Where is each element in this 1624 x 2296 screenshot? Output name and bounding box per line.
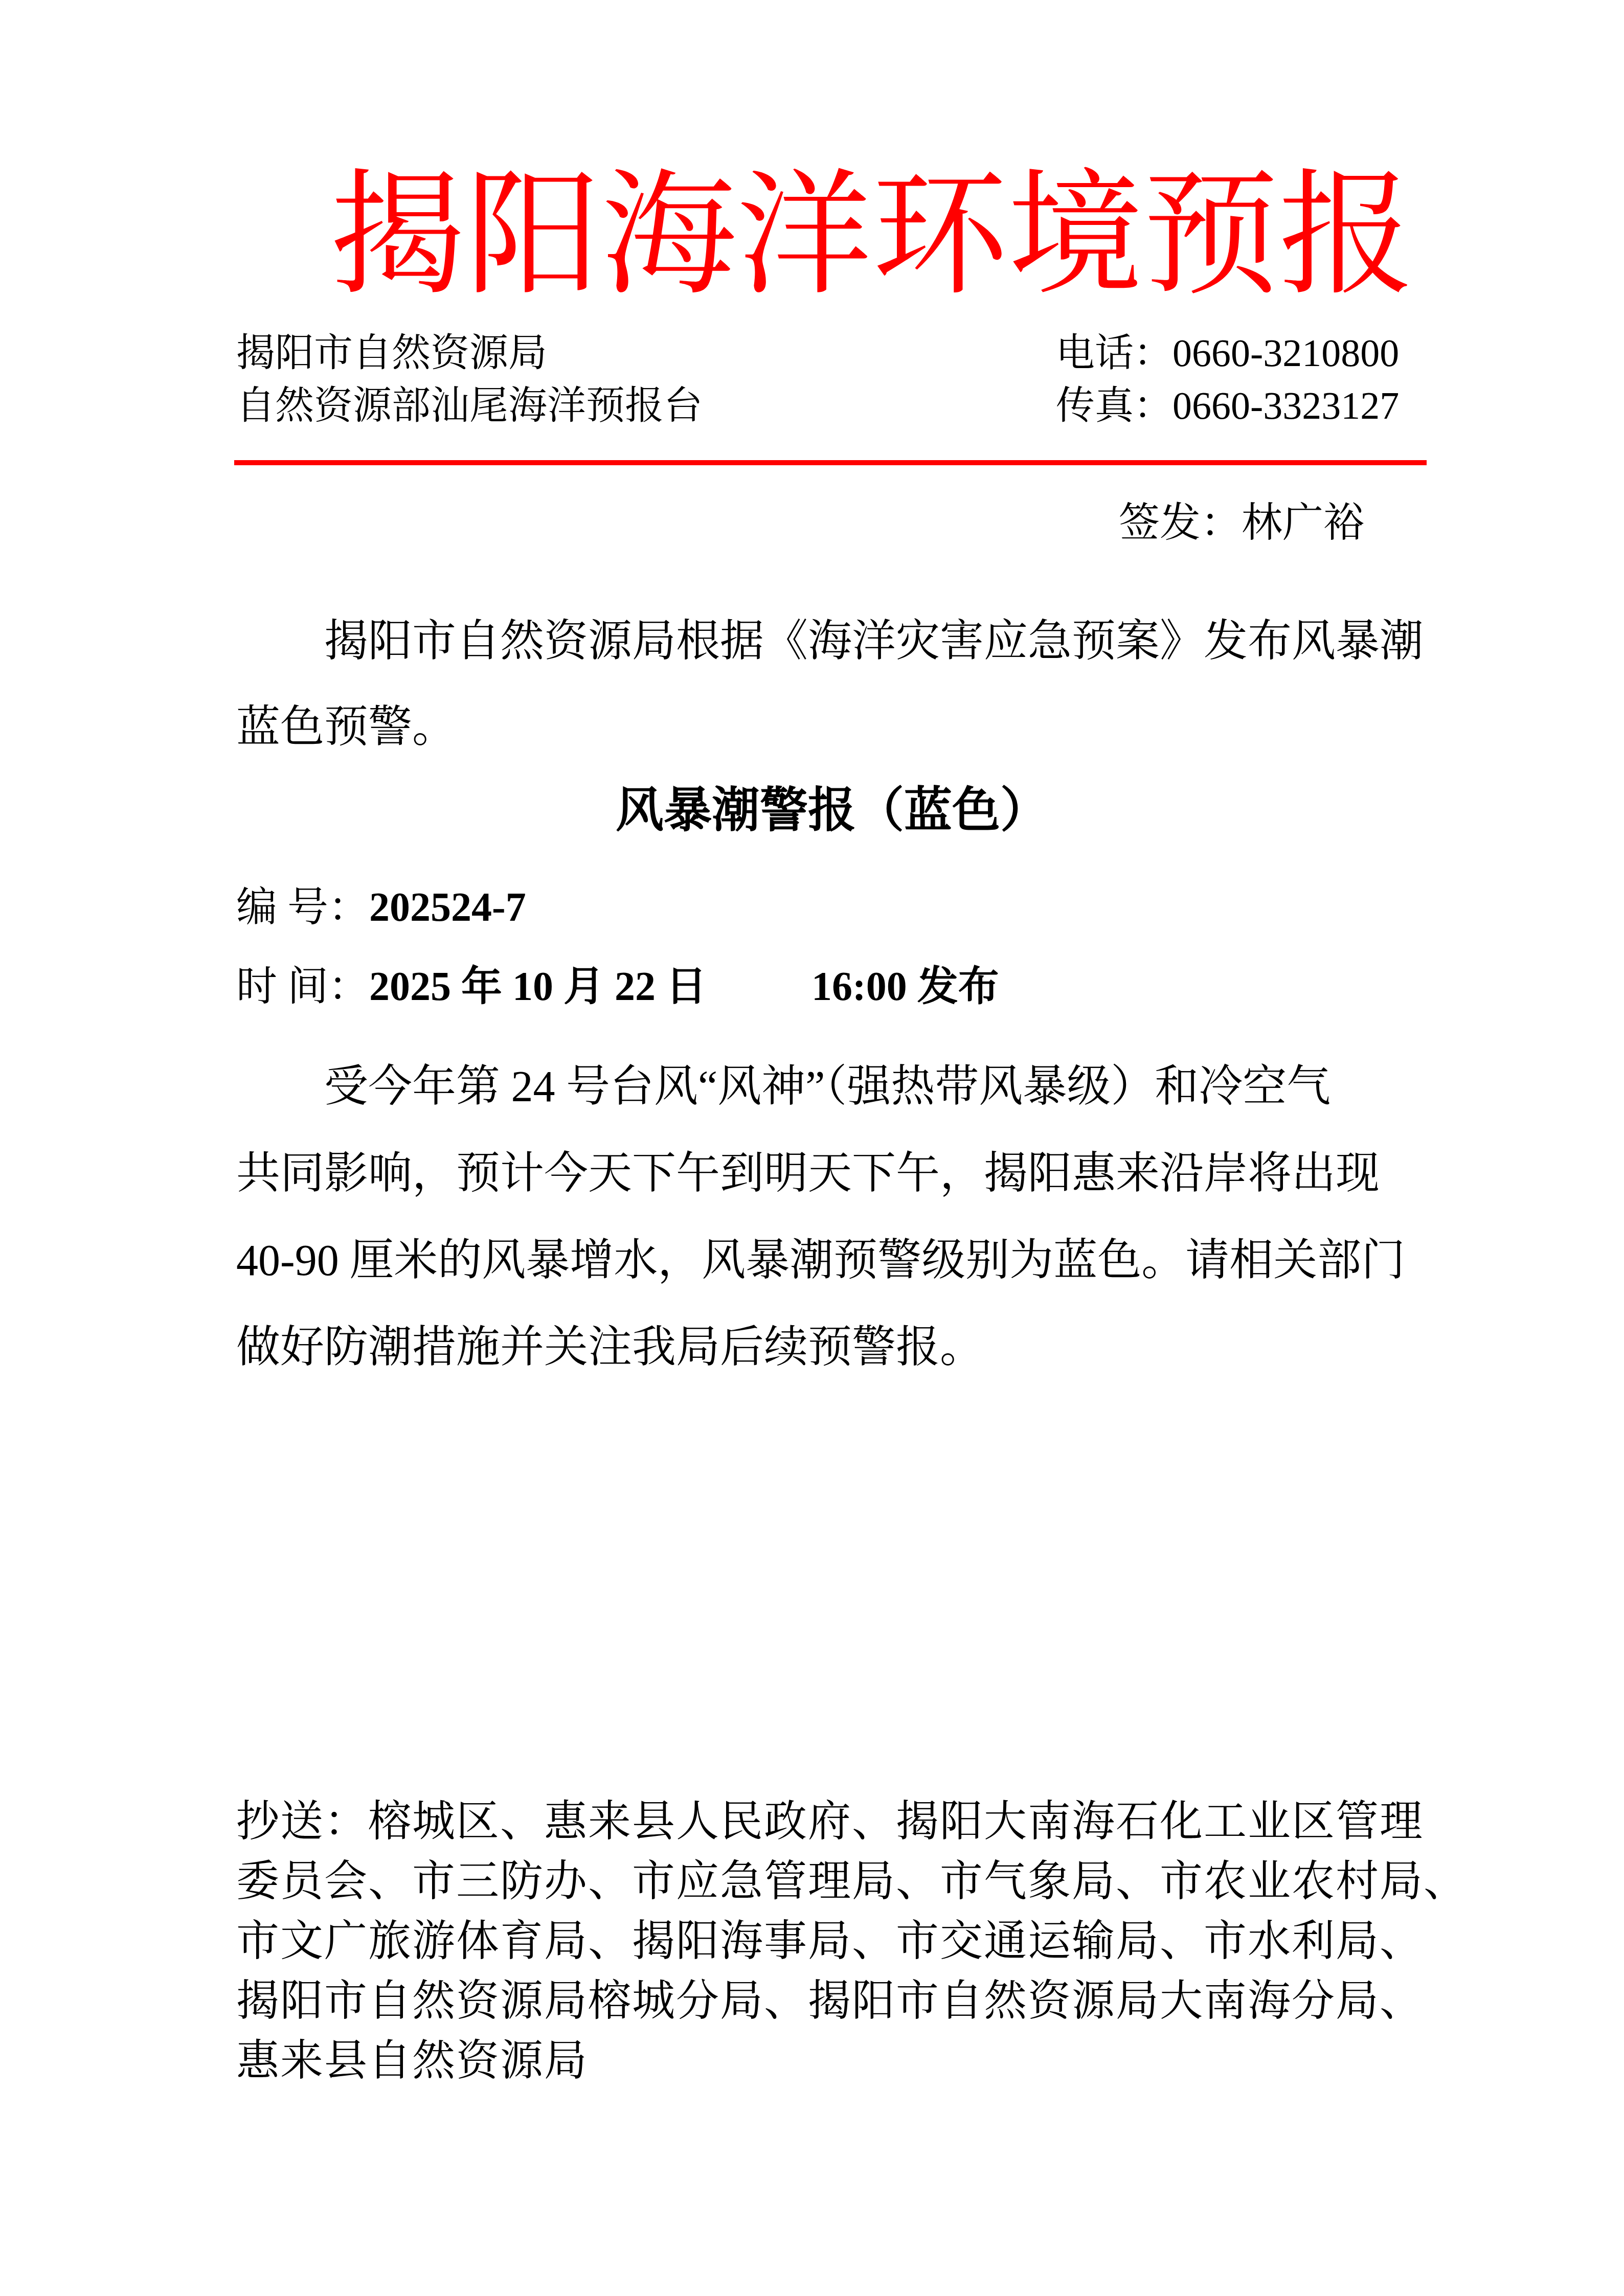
cc-line-4: 揭阳市自然资源局榕城分局、揭阳市自然资源局大南海分局、	[236, 1971, 1438, 2031]
intro-paragraph: 揭阳市自然资源局根据《海洋灾害应急预案》发布风暴潮 蓝色预警。	[236, 598, 1433, 770]
cc-line-1: 抄送：榕城区、惠来县人民政府、揭阳大南海石化工业区管理	[236, 1792, 1438, 1852]
body-line-4: 做好防潮措施并关注我局后续预警报。	[236, 1304, 1435, 1391]
cc-line-2: 委员会、市三防办、市应急管理局、市气象局、市农业农村局、	[236, 1852, 1438, 1912]
contact-block: 电话：0660-3210800 传真：0660-3323127	[1056, 327, 1399, 433]
phone-line: 电话：0660-3210800	[1056, 327, 1399, 380]
body-line-1: 受今年第 24 号台风“风神”（强热带风暴级）和冷空气	[236, 1043, 1435, 1130]
serial-number-value: 202524-7	[369, 885, 526, 930]
issue-time-label: 时 间：	[236, 964, 369, 1009]
sign-off-line: 签发：林广裕	[1119, 498, 1364, 548]
cc-line-5: 惠来县自然资源局	[236, 2031, 1438, 2091]
cc-line-3: 市文广旅游体育局、揭阳海事局、市交通运输局、市水利局、	[236, 1912, 1438, 1971]
serial-number-row: 编 号：202524-7	[236, 887, 526, 928]
body-line-3: 40-90 厘米的风暴增水，风暴潮预警级别为蓝色。请相关部门	[236, 1217, 1435, 1304]
marine-forecast-document: { "accent_color": "#ff0000", "masthead":…	[0, 0, 1624, 2296]
issuing-org-block: 揭阳市自然资源局 自然资源部汕尾海洋预报台	[236, 327, 703, 433]
body-line-2: 共同影响，预计今天下午到明天下午，揭阳惠来沿岸将出现	[236, 1130, 1435, 1217]
intro-line-1: 揭阳市自然资源局根据《海洋灾害应急预案》发布风暴潮	[236, 598, 1433, 684]
intro-line-2: 蓝色预警。	[236, 684, 1433, 770]
masthead-divider-rule	[234, 460, 1427, 465]
issue-time-row: 时 间：2025 年 10 月 22 日16:00 发布	[236, 966, 999, 1007]
warning-body-paragraph: 受今年第 24 号台风“风神”（强热带风暴级）和冷空气 共同影响，预计今天下午到…	[236, 1043, 1435, 1391]
issue-time-value: 16:00 发布	[811, 964, 999, 1009]
issue-date-value: 2025 年 10 月 22 日	[369, 964, 707, 1009]
document-title: 揭阳海洋环境预报	[0, 169, 1624, 304]
issuing-org-line-2: 自然资源部汕尾海洋预报台	[236, 380, 703, 433]
serial-number-label: 编 号：	[236, 885, 369, 930]
alert-heading: 风暴潮警报（蓝色）	[236, 781, 1428, 839]
fax-line: 传真：0660-3323127	[1056, 380, 1399, 433]
issuing-org-line-1: 揭阳市自然资源局	[236, 327, 703, 380]
cc-distribution-block: 抄送：榕城区、惠来县人民政府、揭阳大南海石化工业区管理 委员会、市三防办、市应急…	[236, 1792, 1438, 2091]
